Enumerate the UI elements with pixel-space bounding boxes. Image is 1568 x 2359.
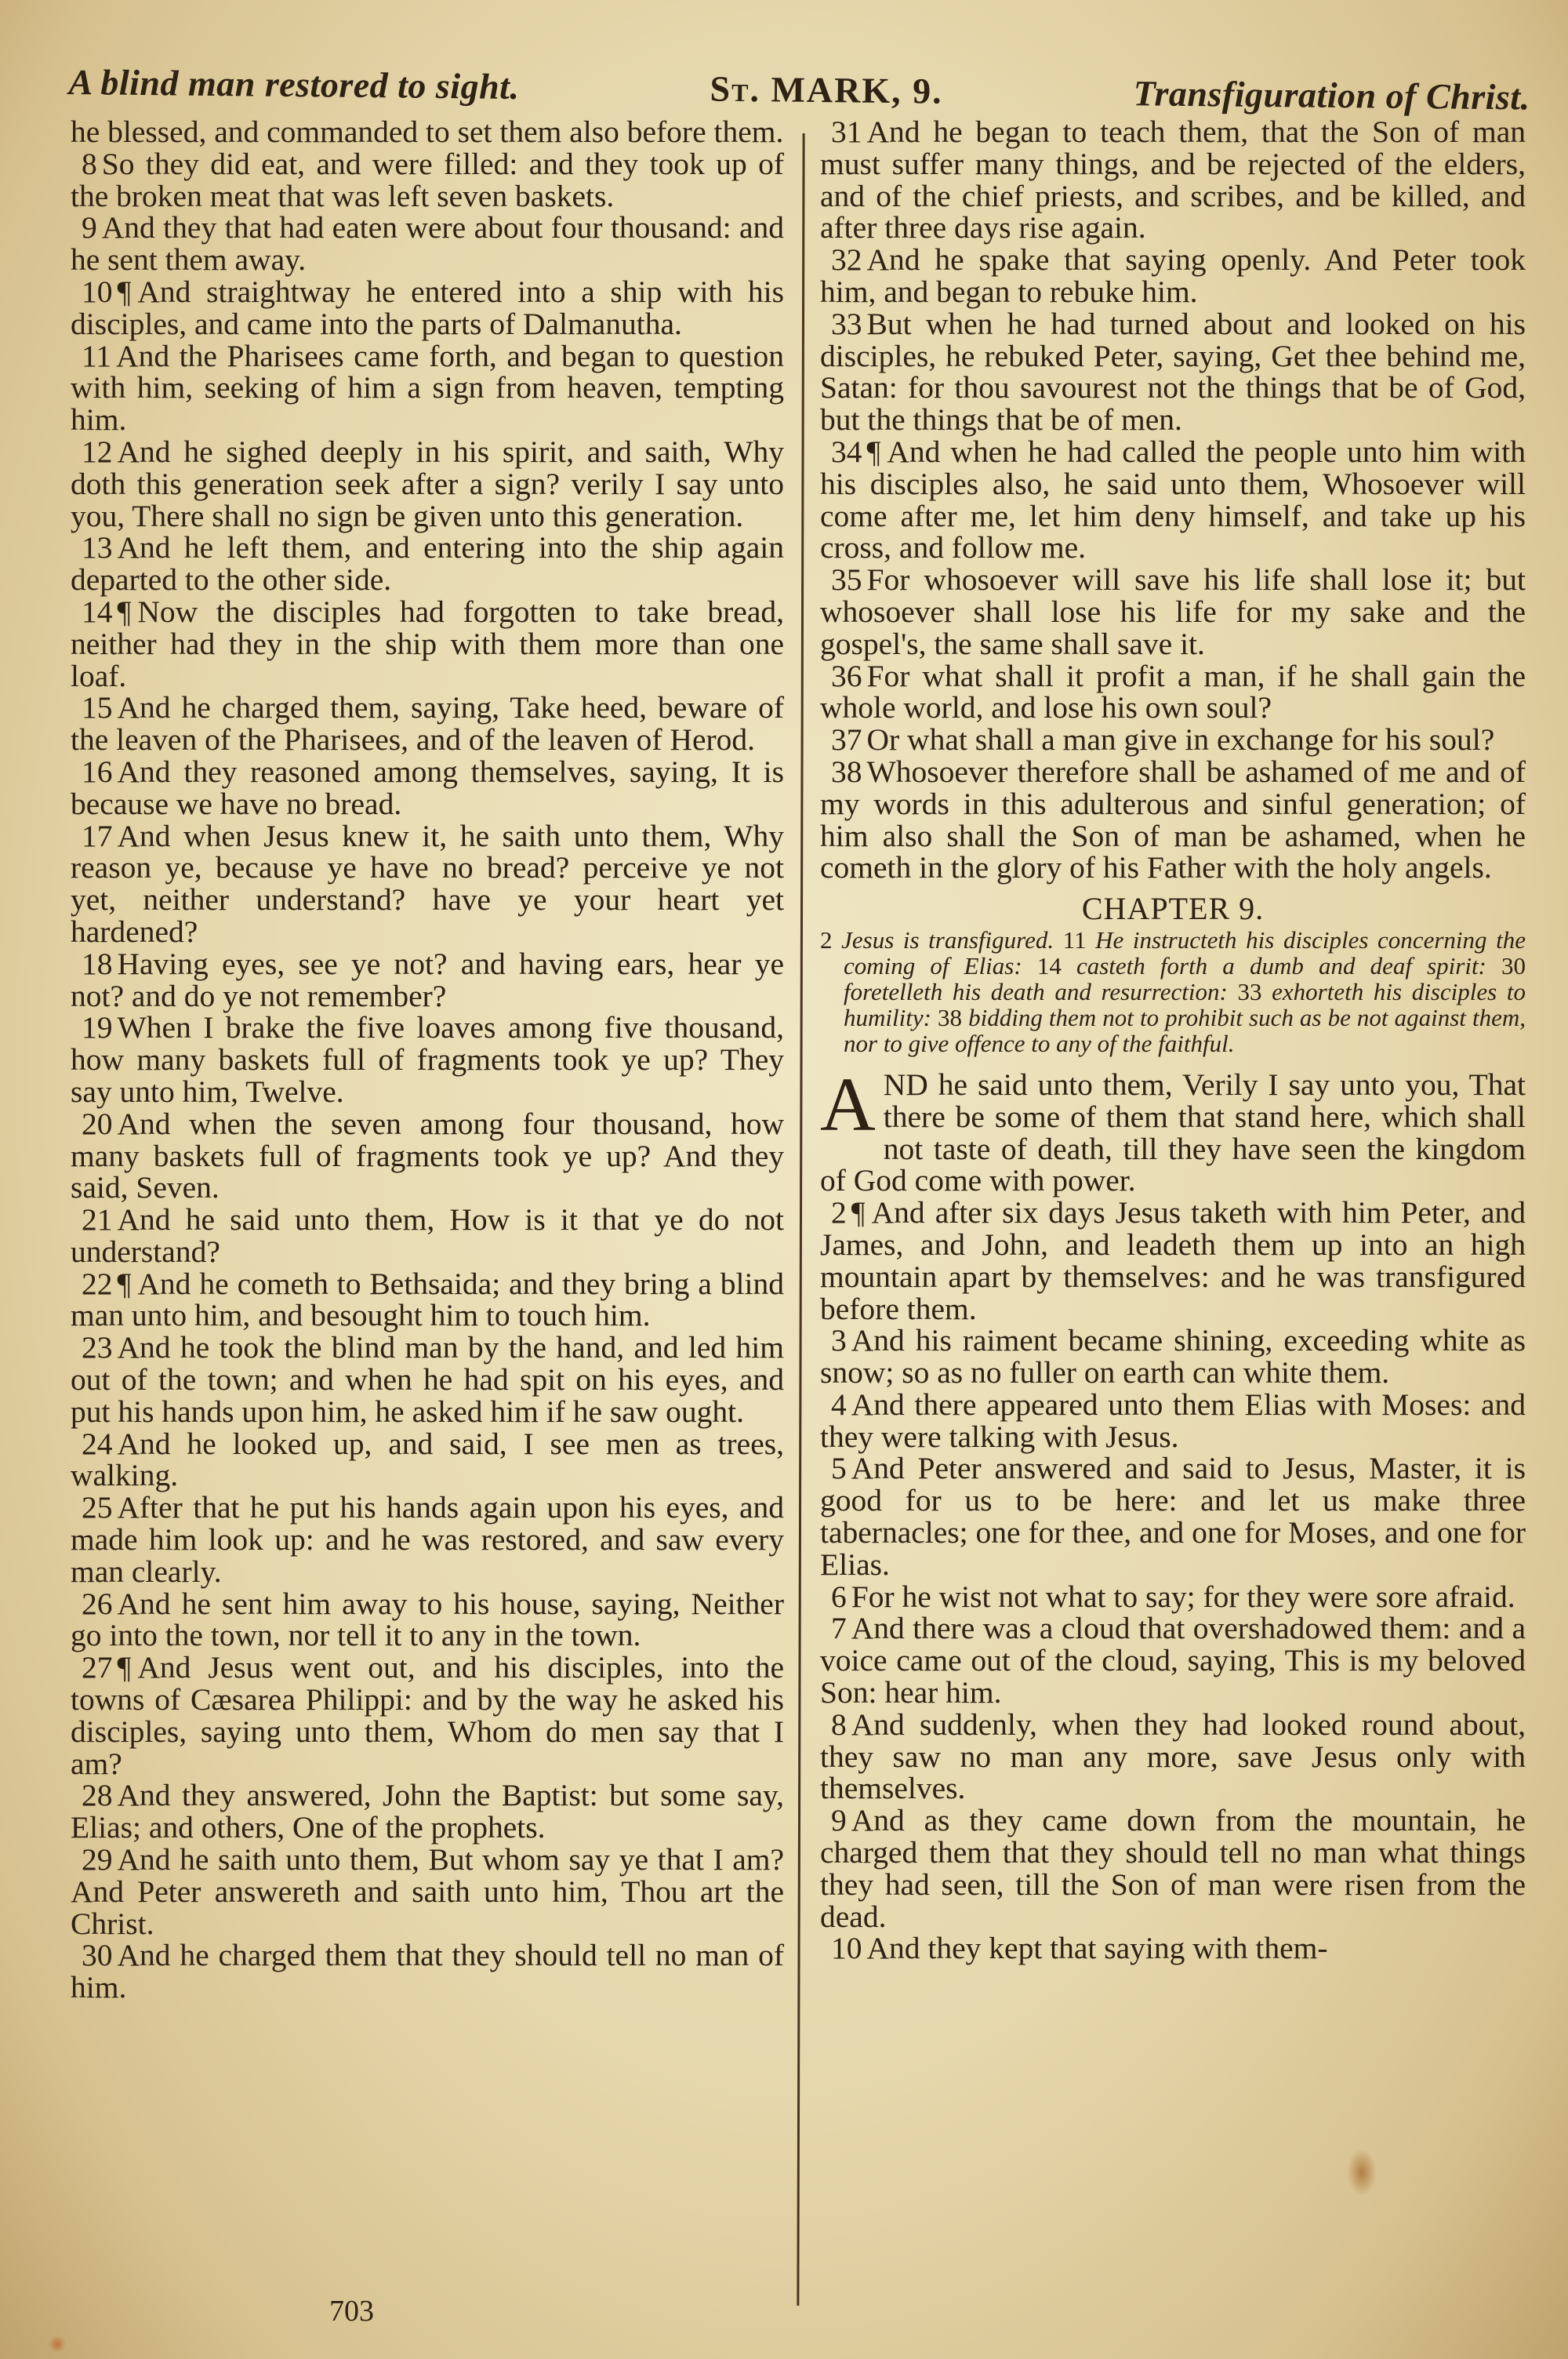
verse-number: 25 xyxy=(82,1490,113,1525)
summary-verse-ref: 14 xyxy=(1037,952,1076,980)
verse-number: 35 xyxy=(831,562,862,597)
verse: 32And he spake that saying openly. And P… xyxy=(820,244,1526,308)
bible-page: A blind man restored to sight. St. MARK,… xyxy=(0,0,1568,2359)
verse-number: 13 xyxy=(82,530,113,565)
verse-text: When I brake the five loaves among five … xyxy=(71,1010,784,1109)
verse-number: 28 xyxy=(82,1778,113,1812)
verse: 20And when the seven among four thousand… xyxy=(71,1108,784,1204)
verse-number: 23 xyxy=(82,1330,113,1365)
verse: 34¶And when he had called the people unt… xyxy=(820,436,1526,564)
chapter-heading: CHAPTER 9. xyxy=(820,893,1526,925)
verse: 8And suddenly, when they had looked roun… xyxy=(820,1709,1526,1805)
pilcrow-icon: ¶ xyxy=(118,1650,132,1685)
verse-text: And his raiment became shining, exceedin… xyxy=(820,1323,1526,1390)
verse: 16And they reasoned among themselves, sa… xyxy=(71,756,784,820)
verse: 6For he wist not what to say; for they w… xyxy=(820,1581,1526,1613)
summary-verse-ref: 30 xyxy=(1501,952,1526,980)
verse-number: 5 xyxy=(831,1451,847,1485)
verse: 4And there appeared unto them Elias with… xyxy=(820,1389,1526,1453)
verse: 28And they answered, John the Baptist: b… xyxy=(71,1779,784,1844)
verse: 9And they that had eaten were about four… xyxy=(71,212,784,276)
verse-number: 16 xyxy=(82,754,113,789)
verse: AND he said unto them, Verily I say unto… xyxy=(820,1069,1526,1197)
verse-number: 11 xyxy=(82,339,111,373)
verse: 14¶Now the disciples had forgotten to ta… xyxy=(71,596,784,692)
verse-number: 9 xyxy=(831,1803,847,1837)
verse: 9And as they came down from the mountain… xyxy=(820,1805,1526,1932)
verse-number: 29 xyxy=(82,1842,113,1877)
verse-text: And he sent him away to his house, sayin… xyxy=(71,1587,784,1653)
verse: 37Or what shall a man give in exchange f… xyxy=(820,724,1526,756)
verse: 10And they kept that saying with them- xyxy=(820,1932,1526,1965)
verse-text: And there was a cloud that overshadowed … xyxy=(820,1611,1526,1710)
verse-text: And as they came down from the mountain,… xyxy=(820,1803,1526,1933)
summary-verse-ref: 38 xyxy=(938,1004,968,1031)
verse-number: 9 xyxy=(82,210,97,245)
verse-number: 3 xyxy=(831,1323,847,1358)
verse-number: 12 xyxy=(82,434,113,469)
verse: 36For what shall it profit a man, if he … xyxy=(820,660,1526,725)
verse: 30And he charged them that they should t… xyxy=(71,1939,784,2004)
verse-text: And he sighed deeply in his spirit, and … xyxy=(71,434,784,533)
verse-number: 18 xyxy=(82,947,113,981)
verse-text: And they kept that saying with them- xyxy=(867,1931,1328,1965)
verse-text: And he charged them that they should tel… xyxy=(71,1938,784,2005)
verse-text: And when he had called the people unto h… xyxy=(820,434,1526,565)
pilcrow-icon: ¶ xyxy=(851,1195,866,1230)
pilcrow-icon: ¶ xyxy=(118,1267,132,1301)
verse: 15And he charged them, saying, Take heed… xyxy=(71,692,784,756)
verse-text: And he saith unto them, But whom say ye … xyxy=(71,1842,784,1941)
verse-number: 8 xyxy=(82,147,97,181)
verse: 17And when Jesus knew it, he saith unto … xyxy=(71,820,784,948)
verse: 27¶And Jesus went out, and his disciples… xyxy=(71,1652,784,1779)
verse-text: And he cometh to Bethsaida; and they bri… xyxy=(71,1267,784,1333)
verse: 25After that he put his hands again upon… xyxy=(71,1492,784,1587)
chapter-verse-list: AND he said unto them, Verily I say unto… xyxy=(820,1069,1526,1965)
verse-number: 2 xyxy=(831,1195,847,1230)
verse: 38Whosoever therefore shall be ashamed o… xyxy=(820,756,1526,884)
verse-text: And he began to teach them, that the Son… xyxy=(820,114,1526,245)
running-head-left: A blind man restored to sight. xyxy=(68,61,519,107)
verse-number: 10 xyxy=(82,274,113,309)
verse-text: And when the seven among four thousand, … xyxy=(71,1107,784,1205)
verse: 23And he took the blind man by the hand,… xyxy=(71,1332,784,1427)
right-column: 31And he began to teach them, that the S… xyxy=(820,116,1526,1965)
verse-text: And they answered, John the Baptist: but… xyxy=(71,1778,784,1845)
verse-number: 31 xyxy=(831,114,862,149)
verse-text: Or what shall a man give in exchange for… xyxy=(867,722,1495,757)
verse: 24And he looked up, and said, I see men … xyxy=(71,1428,784,1492)
verse: 3And his raiment became shining, exceedi… xyxy=(820,1325,1526,1389)
verse-text: And he took the blind man by the hand, a… xyxy=(71,1330,784,1429)
verse: 21And he said unto them, How is it that … xyxy=(71,1204,784,1268)
verse-number: 36 xyxy=(831,659,862,693)
running-head-right: Transfiguration of Christ. xyxy=(1133,72,1530,118)
verse: 5And Peter answered and said to Jesus, M… xyxy=(820,1452,1526,1580)
verse: 18Having eyes, see ye not? and having ea… xyxy=(71,948,784,1012)
verse-text: And he said unto them, How is it that ye… xyxy=(71,1202,784,1269)
verse-text: And Peter answered and said to Jesus, Ma… xyxy=(820,1451,1526,1581)
verse-number: 8 xyxy=(831,1707,847,1742)
verse-number: 24 xyxy=(82,1427,113,1461)
verse-number: 17 xyxy=(82,819,113,853)
left-column: he blessed, and commanded to set them al… xyxy=(71,116,784,2004)
verse-text: So they did eat, and were filled: and th… xyxy=(71,147,784,213)
verse: 33But when he had turned about and looke… xyxy=(820,308,1526,436)
verse: 26And he sent him away to his house, say… xyxy=(71,1588,784,1652)
verse: 8So they did eat, and were filled: and t… xyxy=(71,148,784,213)
summary-verse-ref: 11 xyxy=(1063,926,1095,954)
paper-stain-small xyxy=(49,2335,66,2353)
pilcrow-icon: ¶ xyxy=(118,274,132,309)
right-verse-list: 31And he began to teach them, that the S… xyxy=(820,116,1526,884)
verse-text: And suddenly, when they had looked round… xyxy=(820,1707,1526,1806)
verse-text: And straightway he entered into a ship w… xyxy=(71,274,784,341)
verse-number: 32 xyxy=(831,242,862,277)
running-head-book-chapter: St. MARK, 9. xyxy=(710,68,943,112)
verse-text: And there appeared unto them Elias with … xyxy=(820,1387,1526,1454)
verse-text: And Jesus went out, and his disciples, i… xyxy=(71,1650,784,1780)
summary-verse-ref: 2 xyxy=(820,926,841,954)
verse: 29And he saith unto them, But whom say y… xyxy=(71,1844,784,1939)
verse-number: 19 xyxy=(82,1010,113,1045)
summary-text: foretelleth his death and resurrection: xyxy=(844,978,1237,1005)
paper-stain xyxy=(1347,2149,1377,2196)
verse: 31And he began to teach them, that the S… xyxy=(820,116,1526,244)
verse-text: For whosoever will save his life shall l… xyxy=(820,562,1526,661)
verse: 35For whosoever will save his life shall… xyxy=(820,564,1526,660)
verse-number: 4 xyxy=(831,1387,847,1422)
verse-text: And the Pharisees came forth, and began … xyxy=(71,339,784,438)
verse-text: Having eyes, see ye not? and having ears… xyxy=(71,947,784,1013)
verse-text: Now the disciples had forgotten to take … xyxy=(71,594,784,693)
verse-text: And when Jesus knew it, he saith unto th… xyxy=(71,819,784,949)
verse-number: 14 xyxy=(82,594,113,629)
left-verse-list: 8So they did eat, and were filled: and t… xyxy=(71,148,784,2004)
verse: 7And there was a cloud that overshadowed… xyxy=(820,1612,1526,1708)
verse-text: And they that had eaten were about four … xyxy=(71,210,784,277)
summary-text: casteth forth a dumb and deaf spirit: xyxy=(1076,952,1501,980)
verse-number: 37 xyxy=(831,722,862,757)
page-number: 703 xyxy=(329,2294,374,2328)
column-divider xyxy=(797,133,804,2306)
verse-continuation: he blessed, and commanded to set them al… xyxy=(71,116,784,148)
verse-text: For what shall it profit a man, if he sh… xyxy=(820,659,1526,725)
verse-number: 34 xyxy=(831,434,862,469)
verse-text: And he left them, and entering into the … xyxy=(71,530,784,597)
pilcrow-icon: ¶ xyxy=(867,434,881,469)
summary-text: Jesus is transfigured. xyxy=(841,926,1063,954)
verse-number: 38 xyxy=(831,754,862,789)
verse-text: But when he had turned about and looked … xyxy=(820,307,1526,437)
verse: 19When I brake the five loaves among fiv… xyxy=(71,1012,784,1107)
verse-text: And after six days Jesus taketh with him… xyxy=(820,1195,1526,1325)
verse-number: 21 xyxy=(82,1202,113,1237)
verse-number: 7 xyxy=(831,1611,847,1645)
summary-verse-ref: 33 xyxy=(1237,978,1272,1005)
verse-text: Whosoever therefore shall be ashamed of … xyxy=(820,754,1526,885)
verse-number: 10 xyxy=(831,1931,862,1965)
verse-text: And he looked up, and said, I see men as… xyxy=(71,1427,784,1493)
verse-number: 20 xyxy=(82,1107,113,1141)
verse: 11And the Pharisees came forth, and bega… xyxy=(71,340,784,436)
verse-number: 27 xyxy=(82,1650,113,1685)
verse-text: For he wist not what to say; for they we… xyxy=(851,1579,1515,1614)
verse-number: 26 xyxy=(82,1587,113,1621)
drop-cap-rest: ND xyxy=(884,1067,938,1102)
verse-number: 30 xyxy=(82,1938,113,1972)
drop-cap: A xyxy=(820,1074,876,1136)
verse: 2¶And after six days Jesus taketh with h… xyxy=(820,1197,1526,1325)
verse: 12And he sighed deeply in his spirit, an… xyxy=(71,436,784,532)
verse: 13And he left them, and entering into th… xyxy=(71,532,784,596)
chapter-summary: 2 Jesus is transfigured. 11 He instructe… xyxy=(820,927,1526,1056)
verse-number: 6 xyxy=(831,1579,847,1614)
verse: 10¶And straightway he entered into a shi… xyxy=(71,276,784,340)
verse: 22¶And he cometh to Bethsaida; and they … xyxy=(71,1268,784,1332)
verse-number: 33 xyxy=(831,307,862,341)
verse-text: And he spake that saying openly. And Pet… xyxy=(820,242,1526,309)
verse-text: After that he put his hands again upon h… xyxy=(71,1490,784,1589)
verse-number: 15 xyxy=(82,690,113,725)
pilcrow-icon: ¶ xyxy=(118,594,132,629)
verse-number: 22 xyxy=(82,1267,113,1301)
verse-text: And he charged them, saying, Take heed, … xyxy=(71,690,784,757)
verse-text: And they reasoned among themselves, sayi… xyxy=(71,754,784,821)
